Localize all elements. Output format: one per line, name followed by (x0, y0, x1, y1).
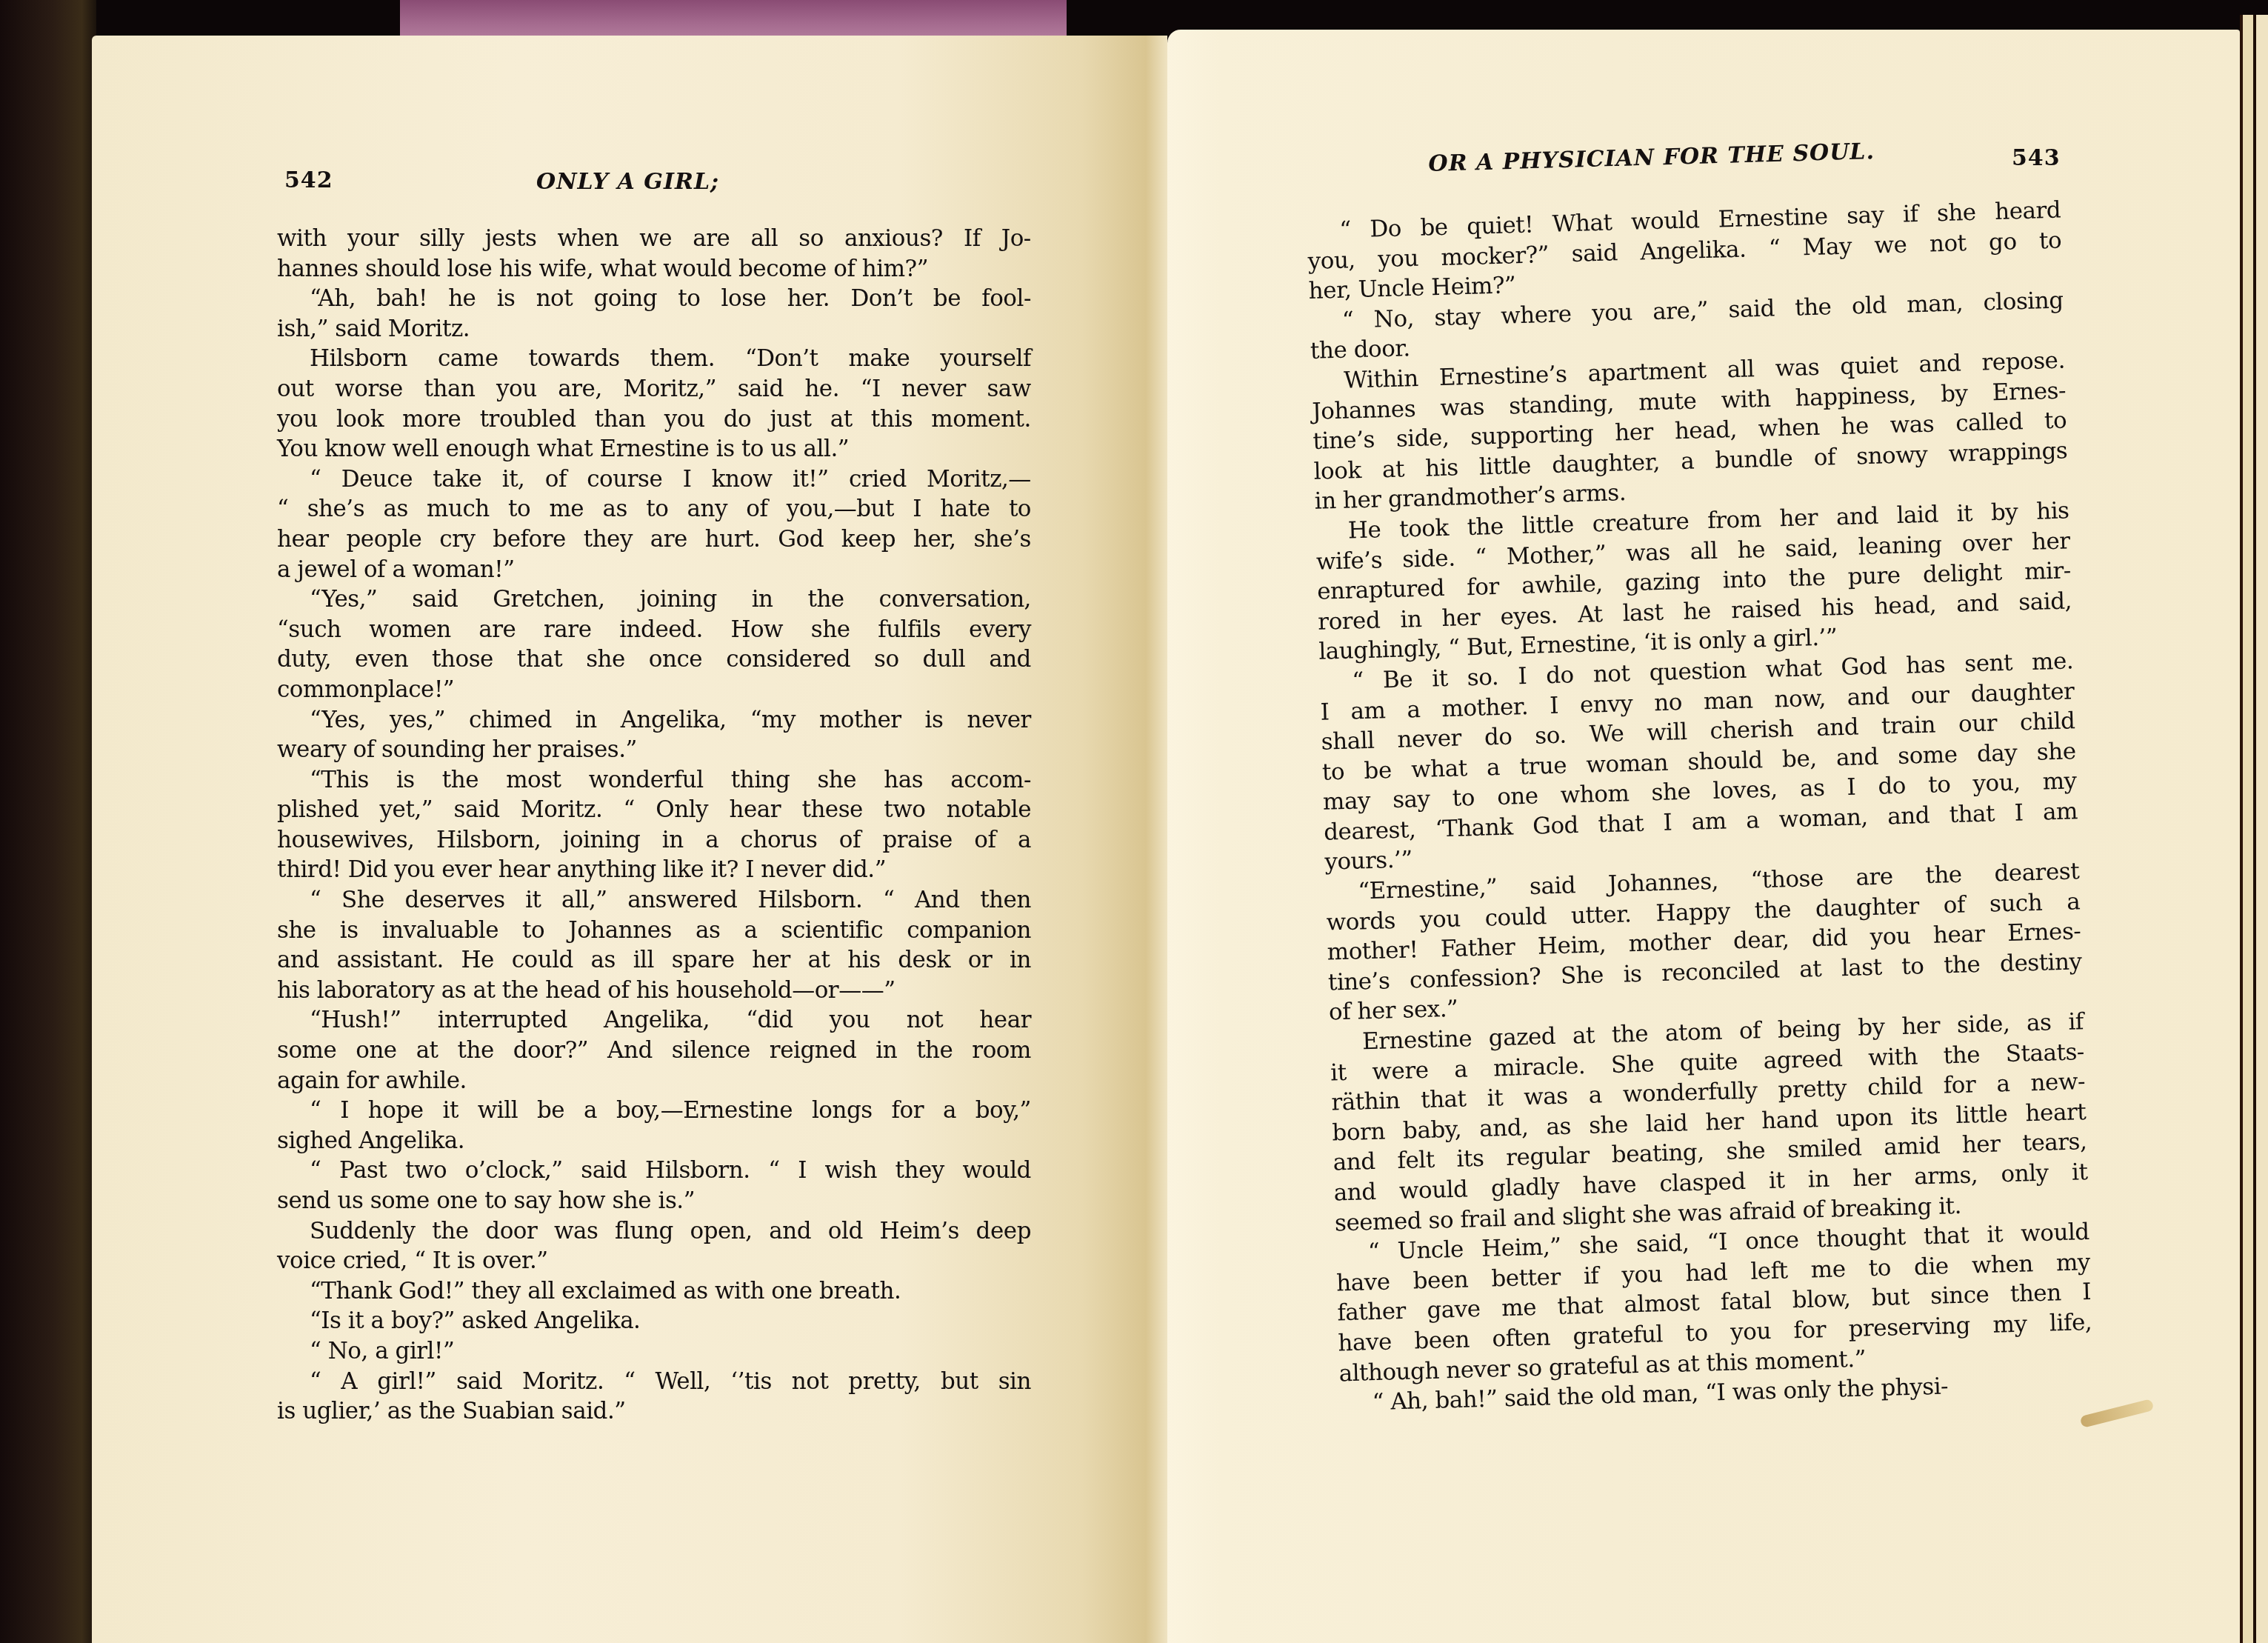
right-page-number: 543 (2012, 145, 2061, 171)
text-line: again for awhile. (277, 1066, 1031, 1096)
text-line: “Thank God!” they all exclaimed as with … (277, 1276, 1031, 1307)
text-line: duty,eventhosethatsheonceconsideredsodul… (277, 644, 1031, 675)
text-line: “Ah,bah!heisnotgoingtoloseher.Don’tbefoo… (277, 284, 1031, 314)
text-line: housewives,Hilsborn,joininginachorusofpr… (277, 825, 1031, 856)
text-line: “Yes,”saidGretchen,joiningintheconversat… (277, 584, 1031, 615)
text-line: youlookmoretroubledthanyoudojustatthismo… (277, 404, 1031, 435)
text-line: outworsethanyouare,Moritz,”saidhe.“Ineve… (277, 374, 1031, 404)
text-line: sheisinvaluabletoJohannesasascientificco… (277, 916, 1031, 946)
text-line: withyoursillyjestswhenweareallsoanxious?… (277, 224, 1031, 254)
text-line: “Agirl!”saidMoritz.“Well,‘’tisnotpretty,… (277, 1367, 1031, 1397)
right-page-body: “Dobequiet!WhatwouldErnestinesayifshehea… (1307, 196, 2094, 1419)
text-line: voice cried, “ It is over.” (277, 1246, 1031, 1276)
text-line: hearpeoplecrybeforetheyarehurt.Godkeephe… (277, 524, 1031, 555)
text-line: “Deucetakeit,ofcourseIknowit!”criedMorit… (277, 464, 1031, 495)
text-line: weary of sounding her praises.” (277, 735, 1031, 765)
text-line: “she’sasmuchtomeastoanyofyou,—butIhateto (277, 494, 1031, 524)
text-line: Hilsborncametowardsthem.“Don’tmakeyourse… (277, 344, 1031, 374)
text-line: third! Did you ever hear anything like i… (277, 855, 1031, 885)
text-line: hannes should lose his wife, what would … (277, 254, 1031, 284)
page-edges (2240, 15, 2268, 1643)
text-line: “Thisisthemostwonderfulthingshehasaccom- (277, 765, 1031, 796)
bookmark-ribbon (400, 0, 1067, 39)
text-line: You know well enough what Ernestine is t… (277, 434, 1031, 464)
text-line: is uglier,’ as the Suabian said.” (277, 1396, 1031, 1427)
text-line: “Pasttwoo’clock,”saidHilsborn.“Iwishthey… (277, 1156, 1031, 1186)
left-running-head: ONLY A GIRL; (536, 169, 719, 195)
text-line: “ No, a girl!” (277, 1336, 1031, 1367)
text-line: a jewel of a woman!” (277, 555, 1031, 585)
text-line: “suchwomenarerareindeed.Howshefulfilseve… (277, 615, 1031, 645)
text-line: someoneatthedoor?”Andsilencereignedinthe… (277, 1036, 1031, 1066)
text-line: plishedyet,”saidMoritz.“Onlyhearthesetwo… (277, 795, 1031, 825)
text-line: commonplace!” (277, 675, 1031, 705)
left-page-number: 542 (284, 167, 333, 193)
text-line: “Ihopeitwillbeaboy,—Ernestinelongsforabo… (277, 1096, 1031, 1126)
text-line: andassistant.Hecouldasillspareherathisde… (277, 945, 1031, 976)
text-line: Suddenlythedoorwasflungopen,andoldHeim’s… (277, 1216, 1031, 1247)
text-line: “Hush!”interruptedAngelika,“didyounothea… (277, 1005, 1031, 1036)
left-page-body: withyoursillyjestswhenweareallsoanxious?… (277, 224, 1031, 1427)
text-line: sighed Angelika. (277, 1126, 1031, 1156)
book-cover-left-edge (0, 0, 96, 1643)
text-line: “Is it a boy?” asked Angelika. (277, 1306, 1031, 1336)
text-line: ish,” said Moritz. (277, 314, 1031, 344)
text-line: “Shedeservesitall,”answeredHilsborn.“And… (277, 885, 1031, 916)
text-line: “Yes,yes,”chimedinAngelika,“mymotherisne… (277, 705, 1031, 736)
text-line: send us some one to say how she is.” (277, 1186, 1031, 1216)
text-line: his laboratory as at the head of his hou… (277, 976, 1031, 1006)
